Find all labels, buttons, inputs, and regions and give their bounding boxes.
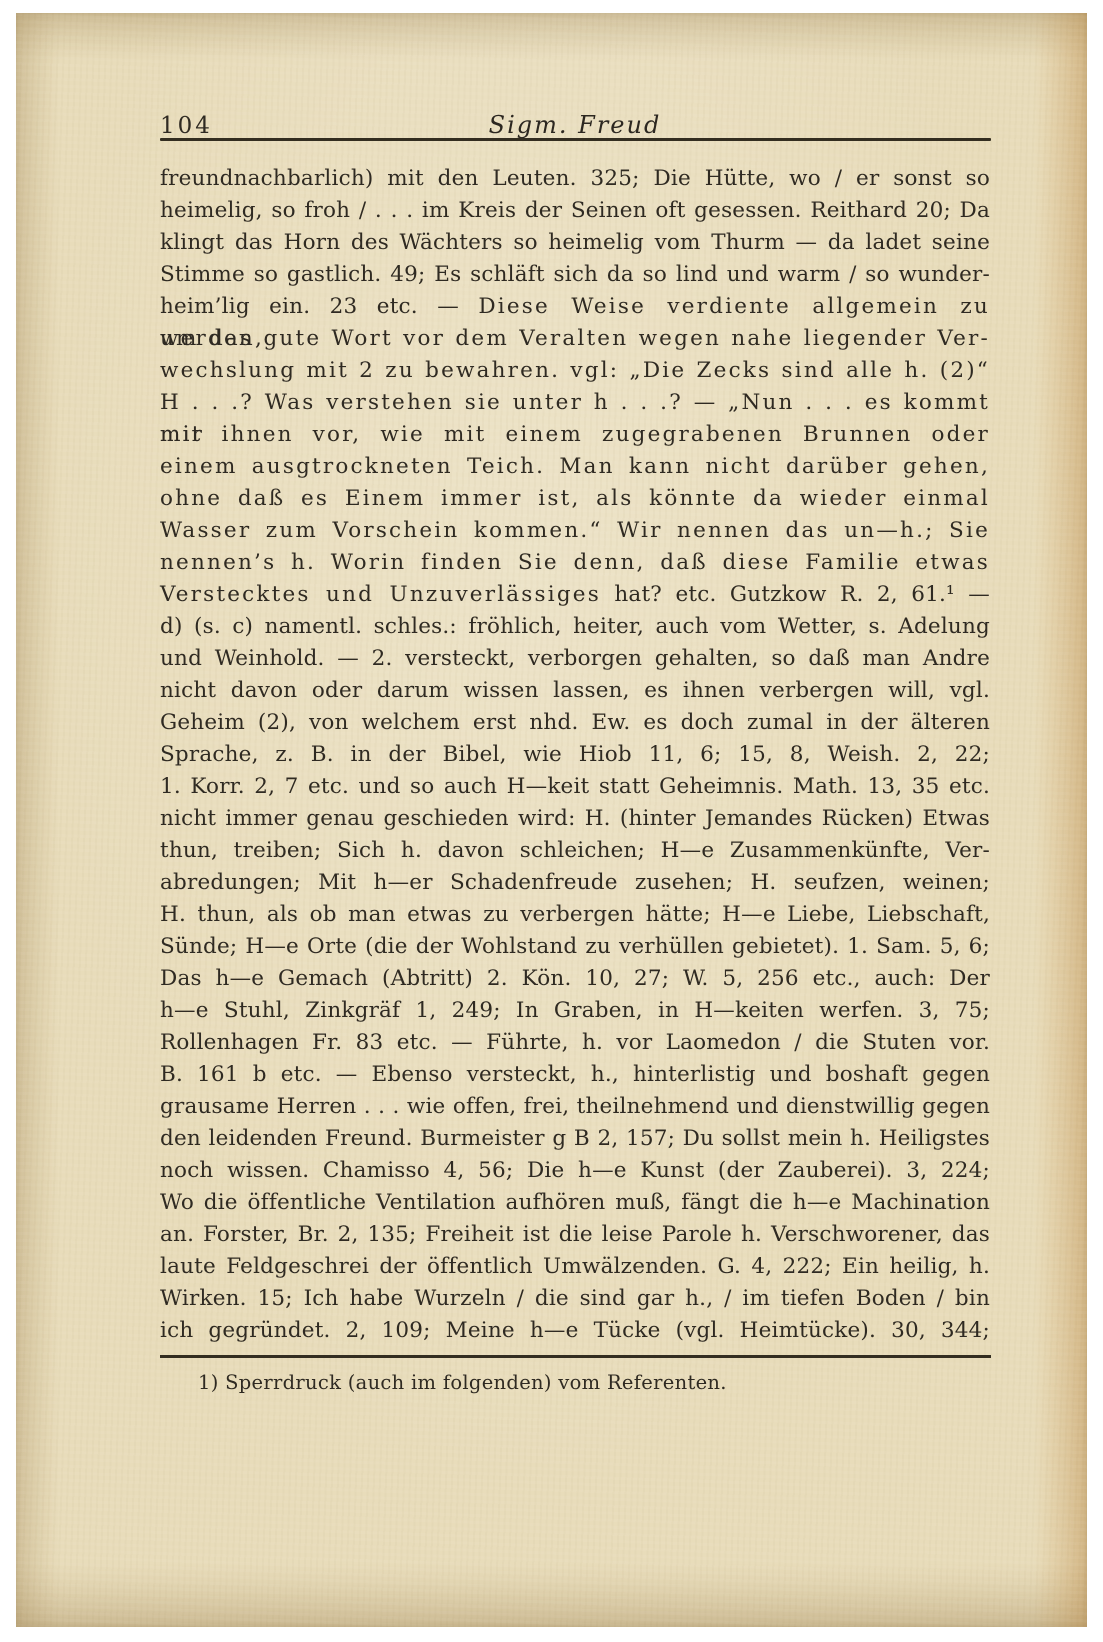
text-line: heim’lig ein. 23 etc. — Diese Weise verd…: [160, 291, 990, 323]
text-line: heimelig, so froh / . . . im Kreis der S…: [160, 195, 990, 227]
text-line: Sünde; H—e Orte (die der Wohlstand zu ve…: [160, 931, 990, 963]
text-line: Geheim (2), von welchem erst nhd. Ew. es…: [160, 707, 990, 739]
footnote-rule: [160, 1355, 991, 1358]
text-line: Stimme so gastlich. 49; Es schläft sich …: [160, 259, 990, 291]
text-line: und Weinhold. — 2. versteckt, verborgen …: [160, 643, 990, 675]
text-line: H . . .? Was verstehen sie unter h . . .…: [160, 387, 990, 419]
text-line: klingt das Horn des Wächters so heimelig…: [160, 227, 990, 259]
running-header: Sigm. Freud: [160, 111, 990, 139]
text-line: an. Forster, Br. 2, 135; Freiheit ist di…: [160, 1219, 990, 1251]
text-line: Sprache, z. B. in der Bibel, wie Hiob 11…: [160, 739, 990, 771]
text-line: H. thun, als ob man etwas zu verbergen h…: [160, 899, 990, 931]
text-line: Wo die öffentliche Ventilation aufhören …: [160, 1187, 990, 1219]
text-line: mit ihnen vor, wie mit einem zugegrabene…: [160, 419, 990, 451]
text-line: nennen’s h. Worin finden Sie denn, daß d…: [160, 547, 990, 579]
text-line: nicht davon oder darum wissen lassen, es…: [160, 675, 990, 707]
text-line: einem ausgtrockneten Teich. Man kann nic…: [160, 451, 990, 483]
text-line: ich gegründet. 2, 109; Meine h—e Tücke (…: [160, 1315, 990, 1347]
text-line: Das h—e Gemach (Abtritt) 2. Kön. 10, 27;…: [160, 963, 990, 995]
page-header: 104 Sigm. Freud: [160, 105, 990, 139]
header-rule: [160, 138, 991, 141]
text-line: wechslung mit 2 zu bewahren. vgl: „Die Z…: [160, 355, 990, 387]
text-line: B. 161 b etc. — Ebenso versteckt, h., hi…: [160, 1059, 990, 1091]
text-line: grausame Herren . . . wie offen, frei, t…: [160, 1091, 990, 1123]
text-line: 1. Korr. 2, 7 etc. und so auch H—keit st…: [160, 771, 990, 803]
text-line: Wasser zum Vorschein kommen.“ Wir nennen…: [160, 515, 990, 547]
text-line: laute Feldgeschrei der öffentlich Umwälz…: [160, 1251, 990, 1283]
text-line: abredungen; Mit h—er Schadenfreude zuseh…: [160, 867, 990, 899]
text-line: Rollenhagen Fr. 83 etc. — Führte, h. vor…: [160, 1027, 990, 1059]
body-text: freundnachbarlich) mit den Leuten. 325; …: [160, 163, 990, 1347]
text-line: d) (s. c) namentl. schles.: fröhlich, he…: [160, 611, 990, 643]
text-line: nicht immer genau geschieden wird: H. (h…: [160, 803, 990, 835]
text-line: den leidenden Freund. Burmeister g B 2, …: [160, 1123, 990, 1155]
page-scan: 104 Sigm. Freud freundnachbarlich) mit d…: [16, 13, 1087, 1627]
scan-background: { "header": { "page_number": "104", "run…: [0, 0, 1103, 1642]
text-line: freundnachbarlich) mit den Leuten. 325; …: [160, 163, 990, 195]
text-line: Verstecktes und Unzuverlässiges hat? etc…: [160, 579, 990, 611]
footnote-text: 1) Sperrdruck (auch im folgenden) vom Re…: [160, 1368, 990, 1398]
text-line: um das gute Wort vor dem Veralten wegen …: [160, 323, 990, 355]
text-line: Wirken. 15; Ich habe Wurzeln / die sind …: [160, 1283, 990, 1315]
text-line: ohne daß es Einem immer ist, als könnte …: [160, 483, 990, 515]
text-line: thun, treiben; Sich h. davon schleichen;…: [160, 835, 990, 867]
text-line: noch wissen. Chamisso 4, 56; Die h—e Kun…: [160, 1155, 990, 1187]
text-line: h—e Stuhl, Zinkgräf 1, 249; In Graben, i…: [160, 995, 990, 1027]
